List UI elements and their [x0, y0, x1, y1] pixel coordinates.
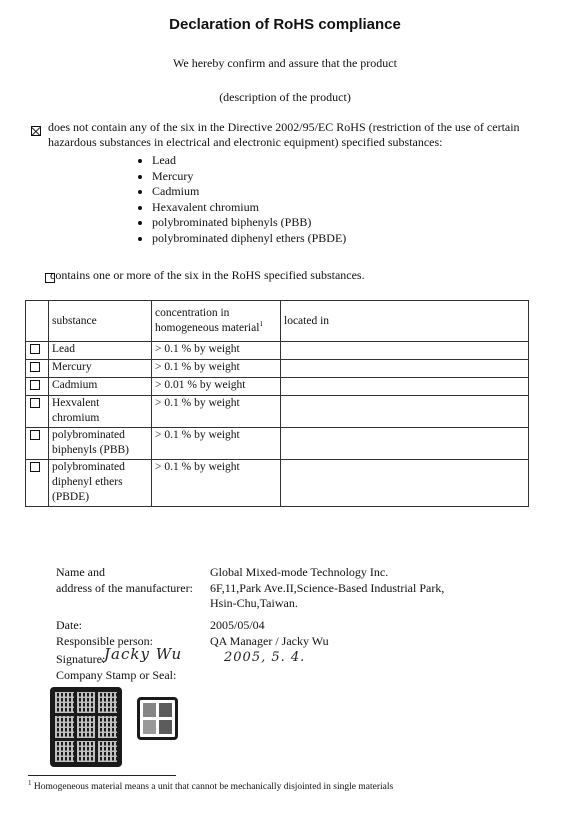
substance-list-item: Hexavalent chromium	[136, 200, 346, 216]
row-substance: Cadmium	[49, 378, 152, 396]
substance-list-item: Cadmium	[136, 184, 346, 200]
manufacturer-label-line2: address of the manufacturer:	[56, 581, 193, 597]
row-substance: polybrominated diphenyl ethers (PBDE)	[49, 460, 152, 507]
row-checkbox[interactable]	[30, 430, 40, 440]
substance-table: substance concentration in homogeneous m…	[25, 300, 529, 507]
row-located-in[interactable]	[281, 396, 529, 428]
responsible-value: QA Manager / Jacky Wu	[210, 634, 329, 650]
footnote-mark: 1	[259, 320, 263, 328]
manufacturer-value: Global Mixed-mode Technology Inc. 6F,11,…	[210, 565, 444, 612]
stamp-label: Company Stamp or Seal:	[56, 668, 176, 684]
table-row: Mercury> 0.1 % by weight	[26, 360, 529, 378]
header-substance: substance	[49, 301, 152, 342]
table-row: polybrominated biphenyls (PBB)> 0.1 % by…	[26, 428, 529, 460]
row-checkbox[interactable]	[30, 362, 40, 372]
row-substance: Hexvalent chromium	[49, 396, 152, 428]
row-checkbox-cell	[26, 428, 49, 460]
substance-list-item: Mercury	[136, 169, 346, 185]
row-substance: Lead	[49, 342, 152, 360]
manufacturer-address-line2: Hsin-Chu,Taiwan.	[210, 596, 444, 612]
company-seal-stamp	[50, 687, 122, 767]
row-concentration: > 0.01 % by weight	[152, 378, 281, 396]
date-label: Date:	[56, 618, 82, 634]
substance-list-item: polybrominated diphenyl ethers (PBDE)	[136, 231, 346, 247]
row-located-in[interactable]	[281, 342, 529, 360]
manufacturer-name: Global Mixed-mode Technology Inc.	[210, 565, 444, 581]
table-row: Lead> 0.1 % by weight	[26, 342, 529, 360]
manufacturer-label-line1: Name and	[56, 565, 193, 581]
row-checkbox-cell	[26, 342, 49, 360]
header-checkbox-cell	[26, 301, 49, 342]
not-contain-checkbox[interactable]	[31, 126, 41, 136]
row-checkbox-cell	[26, 396, 49, 428]
row-checkbox[interactable]	[30, 380, 40, 390]
row-located-in[interactable]	[281, 428, 529, 460]
table-row: Hexvalent chromium> 0.1 % by weight	[26, 396, 529, 428]
table-header-row: substance concentration in homogeneous m…	[26, 301, 529, 342]
row-checkbox[interactable]	[30, 462, 40, 472]
row-concentration: > 0.1 % by weight	[152, 460, 281, 507]
substance-list-item: Lead	[136, 153, 346, 169]
footnote: 1 Homogeneous material means a unit that…	[28, 782, 393, 792]
row-checkbox-cell	[26, 378, 49, 396]
row-checkbox-cell	[26, 360, 49, 378]
row-concentration: > 0.1 % by weight	[152, 360, 281, 378]
substance-list: LeadMercuryCadmiumHexavalent chromiumpol…	[136, 153, 346, 246]
handwritten-signature: Jacky Wu	[104, 645, 182, 663]
row-located-in[interactable]	[281, 460, 529, 507]
date-value: 2005/05/04	[210, 618, 265, 634]
row-concentration: > 0.1 % by weight	[152, 396, 281, 428]
product-description: (description of the product)	[0, 90, 570, 105]
not-contain-text: does not contain any of the six in the D…	[48, 120, 526, 150]
substance-list-item: polybrominated biphenyls (PBB)	[136, 215, 346, 231]
intro-text: We hereby confirm and assure that the pr…	[0, 56, 570, 71]
page-title: Declaration of RoHS compliance	[0, 16, 570, 33]
manufacturer-address-line1: 6F,11,Park Ave.II,Science-Based Industri…	[210, 581, 444, 597]
row-substance: polybrominated biphenyls (PBB)	[49, 428, 152, 460]
personal-seal-stamp	[137, 697, 178, 740]
footnote-number: 1	[28, 779, 32, 787]
row-checkbox-cell	[26, 460, 49, 507]
row-concentration: > 0.1 % by weight	[152, 428, 281, 460]
row-checkbox[interactable]	[30, 344, 40, 354]
signature-label: Signature:	[56, 652, 105, 668]
table-row: polybrominated diphenyl ethers (PBDE)> 0…	[26, 460, 529, 507]
row-located-in[interactable]	[281, 378, 529, 396]
footnote-text: Homogeneous material means a unit that c…	[34, 782, 393, 792]
contains-text: contains one or more of the six in the R…	[50, 268, 365, 283]
manufacturer-label: Name and address of the manufacturer:	[56, 565, 193, 596]
row-concentration: > 0.1 % by weight	[152, 342, 281, 360]
header-concentration-label: concentration in homogeneous material	[155, 307, 259, 334]
row-checkbox[interactable]	[30, 398, 40, 408]
header-located-in: located in	[281, 301, 529, 342]
table-row: Cadmium> 0.01 % by weight	[26, 378, 529, 396]
handwritten-date: 2005, 5. 4.	[224, 650, 305, 665]
row-located-in[interactable]	[281, 360, 529, 378]
header-concentration: concentration in homogeneous material1	[152, 301, 281, 342]
footnote-separator	[28, 775, 176, 776]
row-substance: Mercury	[49, 360, 152, 378]
not-contain-label: does not contain any of the six in the D…	[48, 120, 520, 149]
